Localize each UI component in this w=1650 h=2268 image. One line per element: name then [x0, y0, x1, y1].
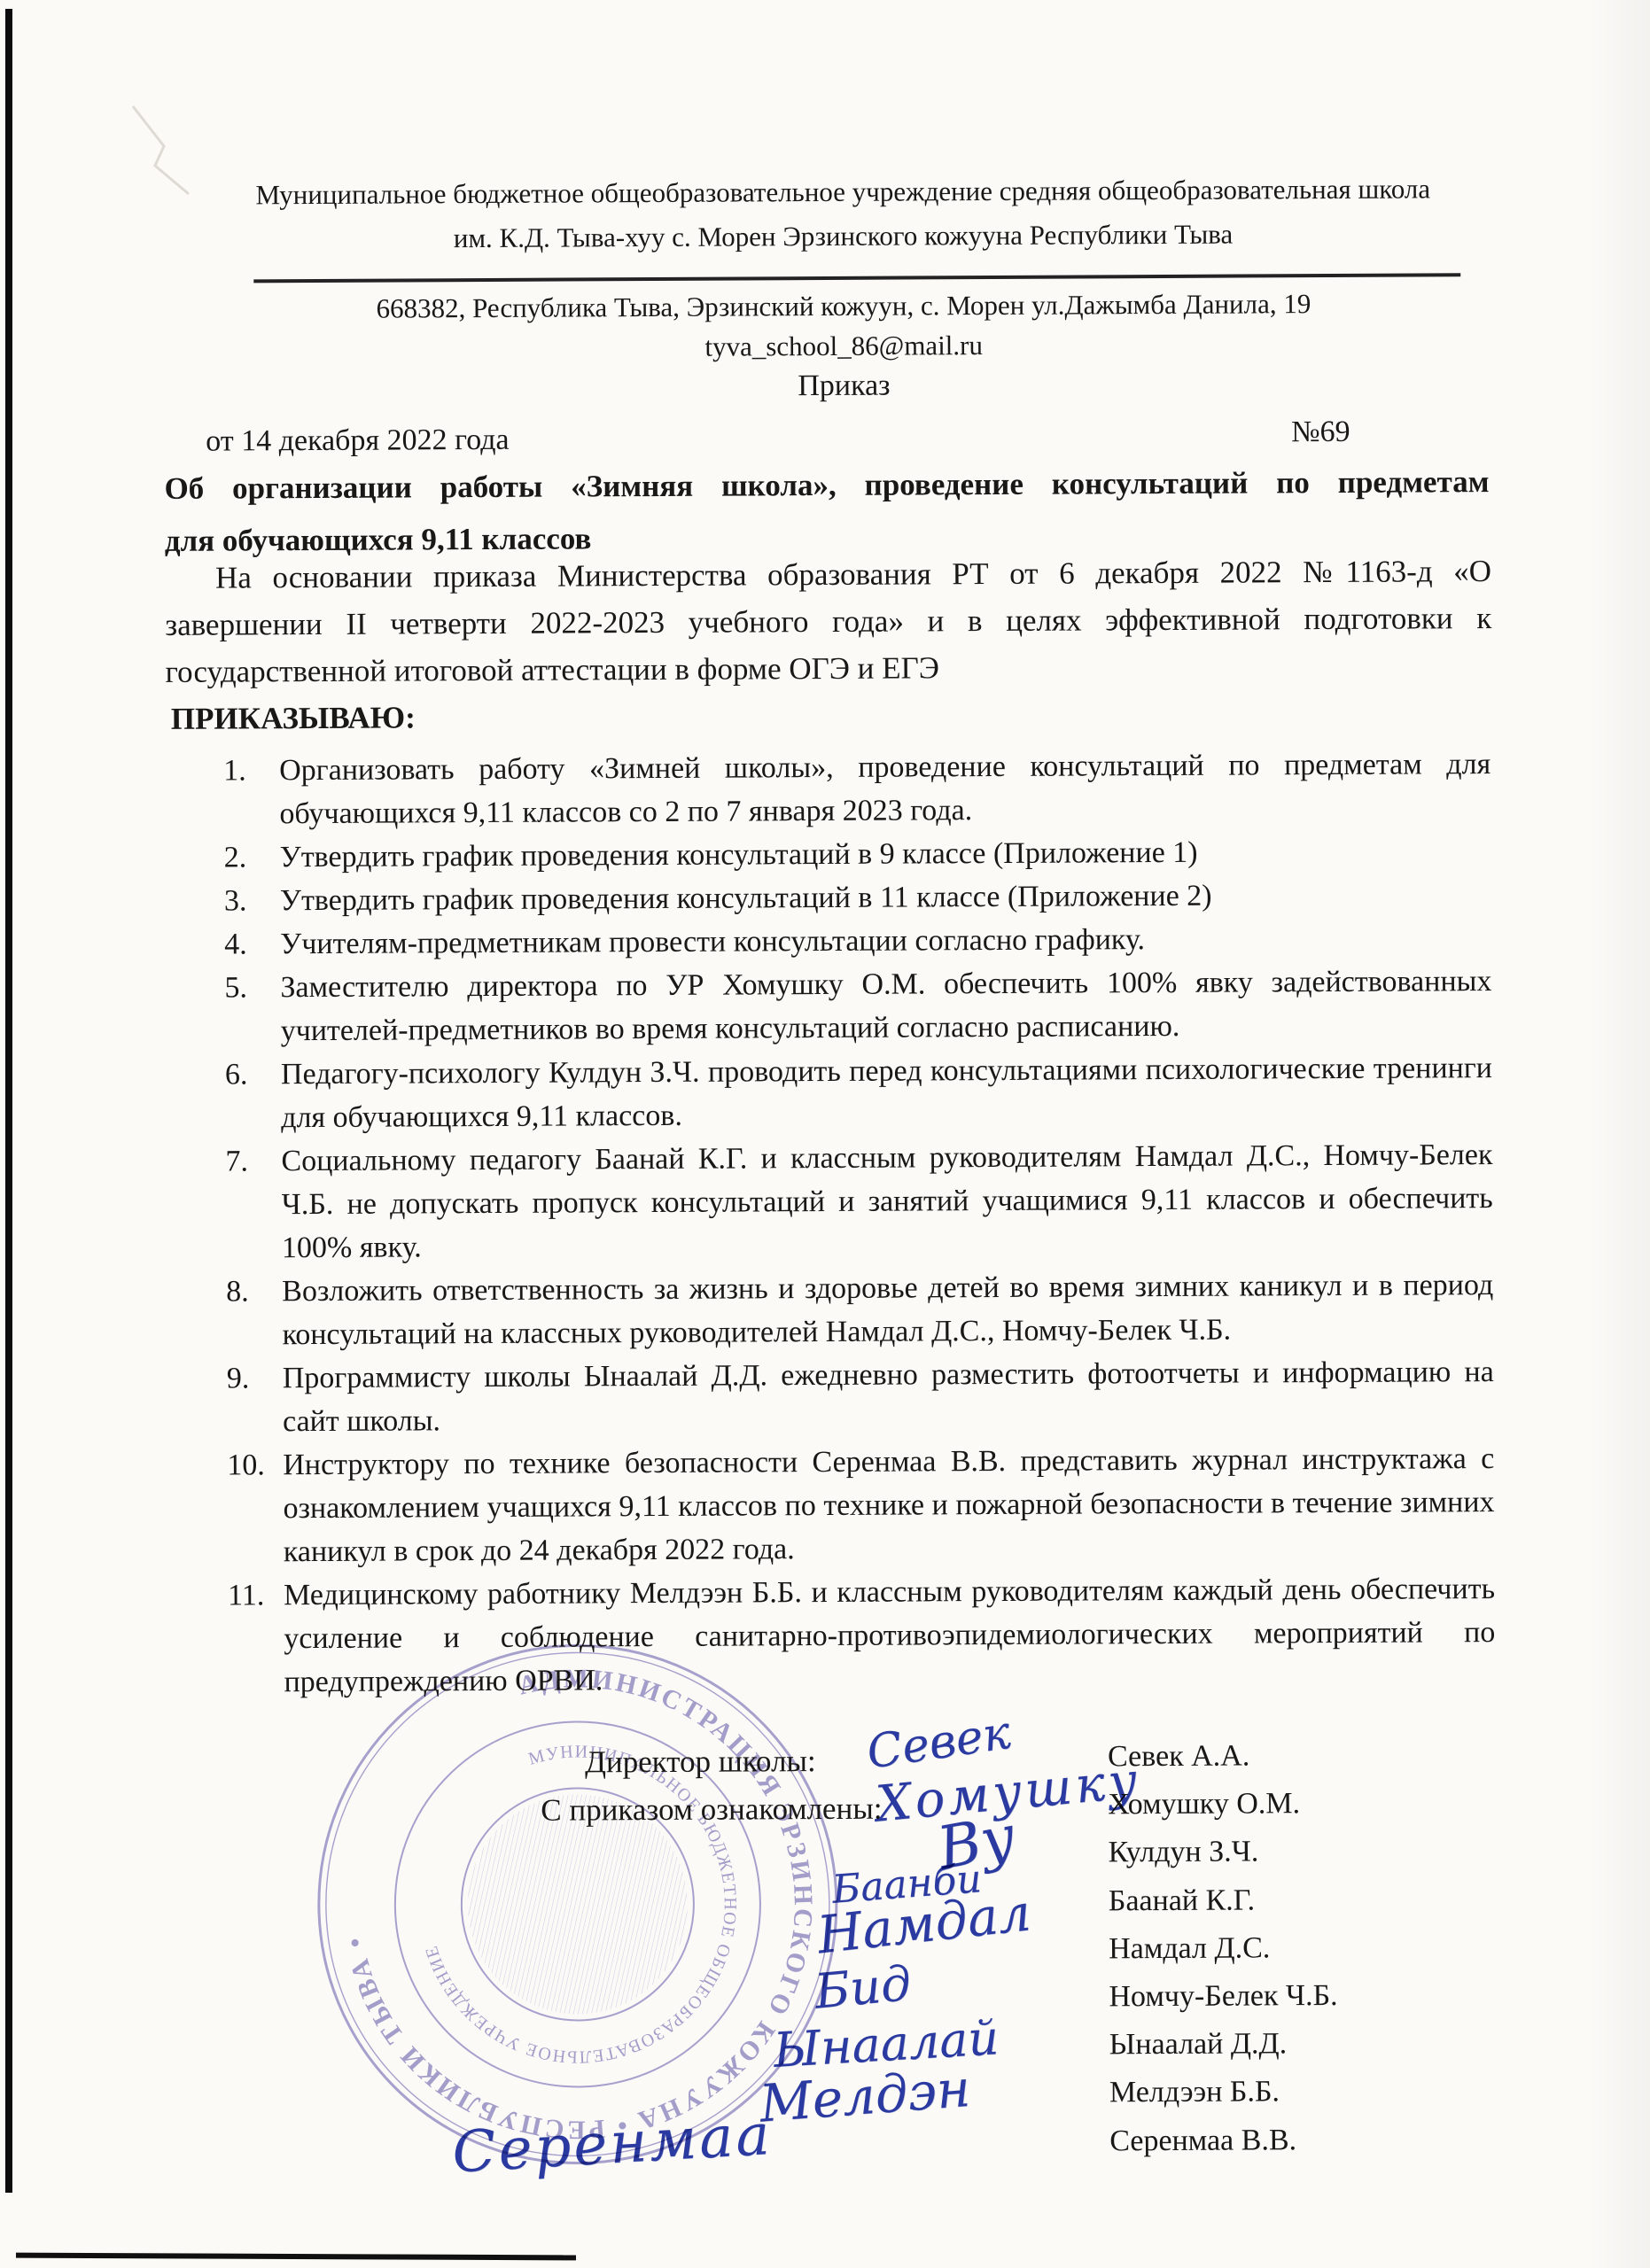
order-item-text: Организовать работу «Зимней школы», пров…: [279, 742, 1490, 835]
order-item-text: Социальному педагогу Баанай К.Г. и класс…: [281, 1133, 1493, 1270]
order-item-number: 1.: [223, 749, 280, 835]
school-name-line2: им. К.Д. Тыва-хуу с. Морен Эрзинского ко…: [194, 211, 1492, 262]
order-item: 7. Социальному педагогу Баанай К.Г. и кл…: [225, 1133, 1493, 1270]
order-item: 1. Организовать работу «Зимней школы», п…: [223, 742, 1490, 835]
school-address: 668382, Республика Тыва, Эрзинский кожуу…: [194, 287, 1492, 326]
order-item-number: 7.: [225, 1139, 282, 1270]
school-email: tyva_school_86@mail.ru: [195, 327, 1493, 366]
order-item-number: 6.: [225, 1052, 282, 1139]
order-item: 10. Инструктору по технике безопасности …: [227, 1437, 1495, 1573]
signer-name: Хомушку О.М.: [1108, 1787, 1336, 1837]
handwritten-signature: Бид: [813, 1955, 914, 2020]
order-title-line1: Об организации работы «Зимняя школа», пр…: [164, 455, 1489, 515]
signer-name: Ынаалай Д.Д.: [1109, 2027, 1338, 2077]
signer-name: Номчу-Белек Ч.Б.: [1109, 1979, 1337, 2029]
signer-name: Баанай К.Г.: [1109, 1884, 1337, 1933]
order-date: от 14 декабря 2022 года: [206, 423, 510, 459]
order-item-number: 3.: [224, 879, 280, 922]
order-item-text: Заместителю директора по УР Хомушку О.М.…: [280, 959, 1491, 1052]
order-item-number: 8.: [226, 1270, 283, 1356]
order-item-number: 10.: [227, 1443, 284, 1573]
resolve-word: ПРИКАЗЫВАЮ:: [171, 700, 416, 736]
order-item-text: Утвердить график проведения консультаций…: [280, 873, 1491, 922]
header-divider: [253, 273, 1460, 283]
order-item: 8. Возложить ответственность за жизнь и …: [226, 1263, 1493, 1356]
order-item-number: 9.: [227, 1356, 284, 1443]
order-item-text: Утвердить график проведения консультаций…: [280, 829, 1491, 879]
document-content: Муниципальное бюджетное общеобразователь…: [0, 0, 1650, 2268]
order-item: 3. Утвердить график проведения консульта…: [224, 873, 1491, 922]
signer-name: Севек А.А.: [1108, 1739, 1336, 1789]
order-item: 9. Программисту школы Ынаалай Д.Д. ежедн…: [227, 1350, 1494, 1443]
signer-name: Мелдээн Б.Б.: [1109, 2075, 1338, 2124]
order-item-number: 2.: [224, 835, 280, 879]
order-item-text: Инструктору по технике безопасности Сере…: [283, 1437, 1495, 1573]
signer-name: Намдал Д.С.: [1109, 1931, 1337, 1981]
acknowledged-label: С приказом ознакомлены:: [541, 1791, 882, 1829]
order-item: 5. Заместителю директора по УР Хомушку О…: [224, 959, 1491, 1052]
order-item-number: 4.: [224, 922, 280, 966]
school-header: Муниципальное бюджетное общеобразователь…: [194, 167, 1493, 262]
order-item-text: Учителям-предметникам провести консульта…: [280, 916, 1491, 966]
document-type: Приказ: [195, 366, 1493, 407]
order-items-list: 1. Организовать работу «Зимней школы», п…: [223, 742, 1496, 1704]
school-name-line1: Муниципальное бюджетное общеобразователь…: [194, 167, 1492, 218]
order-number: №69: [1291, 416, 1350, 449]
order-item-text: Программисту школы Ынаалай Д.Д. ежедневн…: [283, 1350, 1494, 1443]
order-item-number: 5.: [224, 966, 281, 1052]
order-item-text: Педагогу-психологу Кулдун З.Ч. проводить…: [281, 1046, 1492, 1139]
signer-name: Серенмаа В.В.: [1109, 2123, 1338, 2172]
order-item: 2. Утвердить график проведения консульта…: [224, 829, 1491, 879]
order-item: 6. Педагогу-психологу Кулдун З.Ч. провод…: [225, 1046, 1492, 1139]
document-page: Муниципальное бюджетное общеобразователь…: [0, 0, 1650, 2268]
order-item-text: Возложить ответственность за жизнь и здо…: [282, 1263, 1493, 1356]
director-label: Директор школы:: [585, 1744, 816, 1780]
order-item-number: 11.: [228, 1573, 284, 1704]
order-item: 4. Учителям-предметникам провести консул…: [224, 916, 1491, 966]
signer-name: Кулдун З.Ч.: [1108, 1835, 1336, 1884]
order-preamble: На основании приказа Министерства образо…: [165, 548, 1492, 695]
